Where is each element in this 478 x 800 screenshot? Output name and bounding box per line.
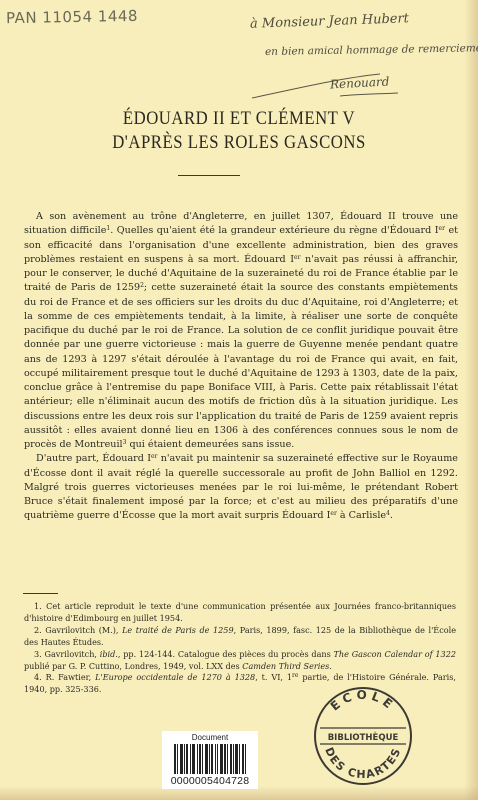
footnote-1: 1. Cet article reproduit le texte d'une … xyxy=(24,601,456,625)
paragraph-1: A son avènement au trône d'Angleterre, e… xyxy=(24,210,458,452)
article-title-line-2: D'APRÈS LES ROLES GASCONS xyxy=(29,132,450,154)
barcode-icon xyxy=(168,744,252,774)
title-separator-rule xyxy=(178,175,240,176)
page-edge-shadow-right xyxy=(464,0,478,800)
library-stamp-icon: ÉCOLE BIBLIOTHÈQUE DES CHARTES xyxy=(310,683,416,789)
footnotes: 1. Cet article reproduit le texte d'une … xyxy=(24,601,456,696)
paragraph-2: D'autre part, Édouard Ier n'avait pu mai… xyxy=(24,452,458,523)
barcode-number: 0000005404728 xyxy=(162,775,258,787)
article-title-line-1: ÉDOUARD II ET CLÉMENT V xyxy=(29,108,450,130)
barcode-sticker: Document 0000005404728 xyxy=(162,731,258,789)
article-body: A son avènement au trône d'Angleterre, e… xyxy=(24,210,458,524)
dedication-line-1: à Monsieur Jean Hubert xyxy=(250,11,409,32)
dedication-line-2: en bien amical hommage de remerciement xyxy=(265,42,478,58)
svg-text:ÉCOLE: ÉCOLE xyxy=(327,688,398,714)
footnote-separator-rule xyxy=(23,593,58,594)
stamp-middle-text: BIBLIOTHÈQUE xyxy=(328,731,399,743)
footnote-3: 3. Gavrilovitch, ibid., pp. 124-144. Cat… xyxy=(24,649,456,673)
handwritten-shelfmark: PAN 11054 1448 xyxy=(6,7,138,27)
footnote-2: 2. Gavrilovitch (M.), Le traité de Paris… xyxy=(24,625,456,649)
stamp-top-text: ÉCOLE xyxy=(327,688,398,714)
barcode-title: Document xyxy=(162,733,258,742)
